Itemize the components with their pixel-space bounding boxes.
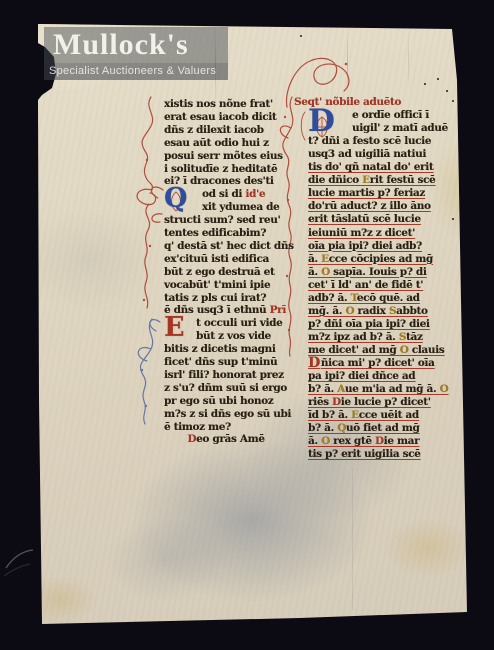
text-segment: ā. [308, 435, 321, 447]
text-segment: tentes edificabim? [164, 227, 266, 239]
text-segment: O [345, 305, 354, 317]
manuscript-text-line: vocabūt' t'mini ipie [164, 279, 288, 291]
text-segment: tis p? erit uigilia scē [308, 448, 420, 460]
manuscript-text-line: bitis z dicetis magni [164, 343, 288, 355]
text-segment: cce uēit ad [359, 409, 419, 421]
manuscript-text-line: pa ipi? diei dñce ad [308, 370, 456, 382]
manuscript-text-line: xistis nos nõne frat' [164, 98, 288, 110]
text-segment: cet' ī ld' an' de fidē t' [308, 279, 423, 291]
text-segment: xistis nos nõne frat' [164, 98, 273, 110]
text-segment: me dicet' ad mḡ [308, 344, 400, 356]
text-segment: i solitudīe z heditatē [164, 163, 277, 175]
text-segment: E [362, 174, 370, 186]
text-segment: D [332, 396, 341, 408]
manuscript-text-line: me dicet' ad mḡ O clauis [308, 344, 456, 356]
illuminated-initial: D [308, 355, 320, 371]
manuscript-text-line: riēs Die lucie p? dicet' [308, 396, 456, 408]
text-segment: riēs [308, 396, 332, 408]
manuscript-text-line: cet' ī ld' an' de fidē t' [308, 279, 456, 291]
auction-photo-background: { "watermark": { "title": "Mullock's", "… [0, 0, 494, 650]
text-segment: uō fiet ad mḡ [346, 422, 420, 434]
text-segment: O [440, 383, 449, 395]
text-segment: būt z vos vide [196, 330, 271, 342]
text-segment: esau aūt odio hui z [164, 137, 269, 149]
manuscript-text-line: De ordīe officī ī [308, 109, 494, 121]
text-segment: pa ipi? diei dñce ad [308, 370, 415, 382]
text-segment: b? ā. [308, 422, 337, 434]
text-segment: D [375, 435, 384, 447]
manuscript-text-line: erat esau iacob dicit [164, 111, 288, 123]
text-segment: do'rū aduct? z illo āno [308, 200, 431, 212]
manuscript-text-line: i solitudīe z heditatē [164, 163, 288, 175]
text-segment: usq3 ad uigiliā natiui [308, 148, 426, 160]
text-segment: rit festū scē [370, 174, 436, 186]
text-segment: m?s z si dñs ego sū ubi [164, 408, 291, 420]
text-segment: adb? ā. [308, 292, 351, 304]
manuscript-text-line: erit tāslatū scē lucie [308, 213, 456, 225]
manuscript-text-line: b? ā. Quō fiet ad mḡ [308, 422, 456, 434]
text-segment: posui serr mõtes eius [164, 150, 283, 162]
text-segment: ā. [308, 253, 321, 265]
text-segment: ie lucie p? dicet' [341, 396, 431, 408]
text-segment: tatis z pls cui irat? [164, 292, 266, 304]
text-segment: z s'u? dñm suū si ergo [164, 382, 287, 394]
text-segment: t occuli uri vide [196, 317, 282, 329]
text-segment: Q [337, 422, 346, 434]
text-segment: clauis [408, 344, 444, 356]
manuscript-text-line: Et occuli uri vide [164, 317, 320, 329]
manuscript-text-line: lucie martis p? feriaz [308, 187, 456, 199]
manuscript-text-line: ā. O sapīa. Iouis p? di [308, 266, 456, 278]
text-segment: ex'cituū isti edifica [164, 253, 269, 265]
parchment-crease [352, 468, 353, 610]
text-segment: O [321, 435, 330, 447]
text-segment: xit ydumea de [202, 201, 279, 213]
manuscript-text-line: tentes edificabim? [164, 227, 288, 239]
text-segment: ā. [308, 266, 321, 278]
text-segment: q' destā st' hec dict dñs [164, 240, 294, 252]
text-segment: ñica mi' p? dicet' oīa [321, 357, 435, 369]
text-segment: dñs z dilexit iacob [164, 124, 264, 136]
text-segment: ie mar [384, 435, 420, 447]
manuscript-text-line: mḡ. ā. O radix Sabbto [308, 305, 456, 317]
text-segment: E [321, 253, 329, 265]
manuscript-text-line: tis p? erit uigilia scē [308, 448, 456, 460]
text-segment: mḡ. ā. [308, 305, 345, 317]
manuscript-text-line: uigil' z matī aduē [308, 122, 494, 134]
manuscript-text-line: m?s z si dñs ego sū ubi [164, 408, 288, 420]
manuscript-text-line: z s'u? dñm suū si ergo [164, 382, 288, 394]
text-segment: tāz [406, 331, 423, 343]
text-segment: cce cōcipies ad mḡ [329, 253, 433, 265]
manuscript-text-line: adb? ā. Tecō quē. ad [308, 292, 456, 304]
text-segment: eo grās Amē [196, 433, 264, 445]
text-segment: p? dñi oīa pia ipi? diei [308, 318, 430, 330]
manuscript-text-line: Deo grās Amē [164, 433, 288, 445]
manuscript-text-line: ā. O rex gtē Die mar [308, 435, 456, 447]
text-segment: ficet' dñs sup t'minū [164, 356, 277, 368]
ink-specks [437, 78, 439, 80]
text-segment: structi sum? sed reu' [164, 214, 280, 226]
manuscript-text-line: būt z vos vide [164, 330, 320, 342]
manuscript-text-line: ā. Ecce cōcipies ad mḡ [308, 253, 456, 265]
manuscript-text-line: tatis z pls cui irat? [164, 292, 288, 304]
text-segment: erit tāslatū scē lucie [308, 213, 421, 225]
text-segment: radix [354, 305, 389, 317]
manuscript-text-line: ieiuniū m?z z dicet' [308, 227, 456, 239]
manuscript-text-line: Qod si di id'e [164, 188, 326, 200]
manuscript-text-line: q' destā st' hec dict dñs [164, 240, 288, 252]
text-segment: die dñico [308, 174, 362, 186]
manuscript-text-line: xit ydumea de [164, 201, 326, 213]
text-segment: b? ā. [308, 383, 337, 395]
text-segment: ecō quē. ad [357, 292, 420, 304]
manuscript-text-line: būt z ego destruā et [164, 266, 288, 278]
text-segment: od si di [202, 188, 245, 200]
manuscript-text-line: oīa pia ipi? diei adb? [308, 240, 456, 252]
text-segment: A [337, 383, 345, 395]
manuscript-text-line: usq3 ad uigiliā natiui [308, 148, 456, 160]
watermark-title: Mullock's [44, 27, 228, 63]
text-segment: vocabūt' t'mini ipie [164, 279, 270, 291]
text-segment: ē timoz me? [164, 421, 231, 433]
manuscript-text-line: isrl' fili? honorat prez [164, 369, 288, 381]
text-segment: bitis z dicetis magni [164, 343, 276, 355]
manuscript-text-line: pr ego sū ubi honoz [164, 395, 288, 407]
text-segment: ieiuniū m?z z dicet' [308, 227, 415, 239]
text-segment: O [321, 266, 330, 278]
text-segment: tis do' qñ natal do' erit [308, 161, 433, 173]
text-segment: sapīa. Iouis p? di [330, 266, 427, 278]
ruling-line [347, 28, 348, 98]
manuscript-text-line: m?z ipz ad b? ā. Stāz [308, 331, 456, 343]
manuscript-text-line: ē timoz me? [164, 421, 288, 433]
text-segment: m?z ipz ad b? ā. [308, 331, 399, 343]
manuscript-text-line: t? dñi a festo scē lucie [308, 135, 456, 147]
text-segment: t? dñi a festo scē lucie [308, 135, 431, 147]
manuscript-text-line: ex'cituū isti edifica [164, 253, 288, 265]
manuscript-text-line: īd b? ā. Ecce uēit ad [308, 409, 456, 421]
text-segment: erat esau iacob dicit [164, 111, 276, 123]
text-segment: rex gtē [330, 435, 375, 447]
manuscript-text-line: ficet' dñs sup t'minū [164, 356, 288, 368]
manuscript-text-line: b? ā. Aue m'ia ad mḡ ā. O [308, 383, 456, 395]
text-segment: isrl' fili? honorat prez [164, 369, 284, 381]
text-segment: e ordīe officī ī [352, 109, 429, 121]
text-segment: uigil' z matī aduē [352, 122, 448, 134]
text-segment: būt z ego destruā et [164, 266, 275, 278]
watermark-subtitle: Specialist Auctioneers & Valuers [44, 63, 228, 80]
text-segment: D [187, 433, 196, 445]
manuscript-text-line: Dñica mi' p? dicet' oīa [308, 357, 456, 369]
text-segment: abbto [396, 305, 428, 317]
text-segment: Prī [270, 304, 286, 316]
manuscript-text-line: esau aūt odio hui z [164, 137, 288, 149]
text-segment: oīa pia ipi? diei adb? [308, 240, 422, 252]
manuscript-text-line: die dñico Erit festū scē [308, 174, 456, 186]
text-segment: lucie martis p? feriaz [308, 187, 425, 199]
manuscript-page: xistis nos nõne frat'erat esau iacob dic… [0, 0, 494, 650]
auction-house-watermark: Mullock's Specialist Auctioneers & Value… [44, 27, 228, 80]
text-segment: pr ego sū ubi honoz [164, 395, 273, 407]
manuscript-text-line: posui serr mõtes eius [164, 150, 288, 162]
text-segment: ue m'ia ad mḡ ā. [345, 383, 440, 395]
text-segment: E [351, 409, 359, 421]
manuscript-text-line: dñs z dilexit iacob [164, 124, 288, 136]
text-segment: id'e [245, 188, 265, 200]
manuscript-text-line: p? dñi oīa pia ipi? diei [308, 318, 456, 330]
text-segment: S [399, 331, 406, 343]
ruling-line [408, 30, 409, 88]
text-segment: īd b? ā. [308, 409, 351, 421]
manuscript-text-line: structi sum? sed reu' [164, 214, 288, 226]
manuscript-text-line: do'rū aduct? z illo āno [308, 200, 456, 212]
manuscript-text-line: tis do' qñ natal do' erit [308, 161, 456, 173]
